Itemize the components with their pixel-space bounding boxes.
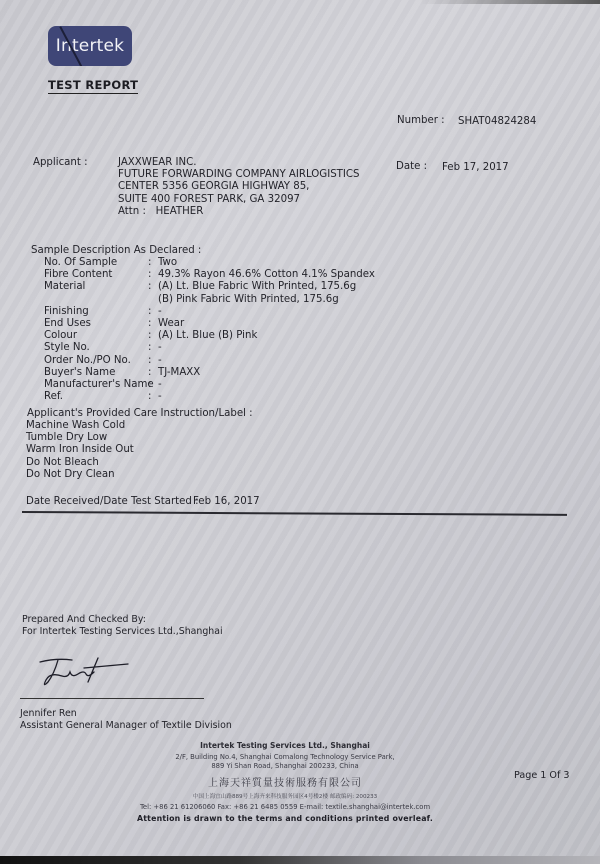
sample-field-value: TJ-MAXX [158,367,200,379]
sample-field-colon: : [148,269,151,281]
sample-field-label: Manufacturer's Name [44,379,154,391]
sample-field-row: End Uses:Wear [0,318,600,330]
applicant-line: SUITE 400 FOREST PARK, GA 32097 [118,194,359,206]
sample-field-row: Material:(A) Lt. Blue Fabric With Printe… [0,281,600,293]
sample-field-colon: : [148,355,151,367]
footer-address-1: 2/F, Building No.4, Shanghai Comalong Te… [120,753,450,761]
care-item: Tumble Dry Low [26,432,134,444]
date-received-value: Feb 16, 2017 [193,496,260,508]
sample-field-colon: : [148,342,151,354]
footer-contact: Tel: +86 21 61206060 Fax: +86 21 6485 05… [120,803,450,811]
sample-field-row: Colour:(A) Lt. Blue (B) Pink [0,330,600,342]
sample-field-label: Order No./PO No. [44,355,131,367]
number-label: Number : [397,115,445,127]
intertek-logo: Intertek [48,26,132,66]
signature-line [20,698,204,699]
care-item: Warm Iron Inside Out [26,444,134,456]
date-received-label: Date Received/Date Test Started : [26,496,199,508]
sample-field-colon: : [148,318,151,330]
sample-field-label: Buyer's Name [44,367,115,379]
sample-field-colon: : [148,379,151,391]
sample-field-row: Finishing:- [0,306,600,318]
sample-field-label: Style No. [44,342,90,354]
sample-field-row: Order No./PO No.:- [0,355,600,367]
sample-field-row: (B) Pink Fabric With Printed, 175.6g [0,294,600,306]
report-number: SHAT04824284 [458,116,536,128]
sample-field-colon: : [148,306,151,318]
sample-field-value: Wear [158,318,184,330]
sample-field-value: 49.3% Rayon 46.6% Cotton 4.1% Spandex [158,269,375,281]
care-list: Machine Wash Cold Tumble Dry Low Warm Ir… [26,420,134,481]
section-divider [22,511,567,516]
applicant-line: JAXXWEAR INC. [118,157,359,169]
care-item: Machine Wash Cold [26,420,134,432]
sample-field-label: Material [44,281,85,293]
sample-field-value: - [158,342,162,354]
sample-field-value: Two [158,257,177,269]
sample-field-row: Fibre Content:49.3% Rayon 46.6% Cotton 4… [0,269,600,281]
applicant-address: JAXXWEAR INC. FUTURE FORWARDING COMPANY … [118,157,359,218]
report-date: Feb 17, 2017 [442,162,509,174]
care-heading: Applicant's Provided Care Instruction/La… [27,408,253,420]
footer-chinese-address: 中国上海宜山路889号上海齐来科技服务园区4号楼2楼 邮政编码: 200233 [120,792,450,800]
signer-name: Jennifer Ren [20,708,77,720]
sample-field-row: Style No.:- [0,342,600,354]
sample-field-label: Finishing [44,306,89,318]
footer-chinese-name: 上海天祥質量技術服務有限公司 [120,774,450,789]
sample-field-label: Fibre Content [44,269,112,281]
sample-field-label: Colour [44,330,77,342]
sample-field-label: End Uses [44,318,91,330]
sample-field-colon: : [148,330,151,342]
footer-company: Intertek Testing Services Ltd., Shanghai [120,741,450,750]
sample-field-value: - [158,379,162,391]
sample-field-value: - [158,391,162,403]
applicant-label: Applicant : [33,157,88,169]
sample-field-value: - [158,306,162,318]
sample-field-value: - [158,355,162,367]
applicant-line: CENTER 5356 GEORGIA HIGHWAY 85, [118,181,359,193]
applicant-line: FUTURE FORWARDING COMPANY AIRLOGISTICS [118,169,359,181]
page-bottom-edge [0,856,600,864]
sample-field-label: Ref. [44,391,63,403]
sample-field-value: (A) Lt. Blue Fabric With Printed, 175.6g [158,281,356,293]
signature-mark [36,652,136,692]
sample-field-colon: : [148,257,151,269]
page-edge-shadow [420,0,600,4]
sample-field-value: (A) Lt. Blue (B) Pink [158,330,257,342]
sample-field-row: Buyer's Name:TJ-MAXX [0,367,600,379]
applicant-attn: Attn : HEATHER [118,206,359,218]
care-item: Do Not Dry Clean [26,469,134,481]
footer-attention: Attention is drawn to the terms and cond… [120,814,450,823]
footer-address-2: 889 Yi Shan Road, Shanghai 200233, China [120,762,450,770]
sample-field-row: No. Of Sample:Two [0,257,600,269]
report-title: TEST REPORT [48,78,138,94]
sample-field-colon: : [148,367,151,379]
sample-field-row: Manufacturer's Name:- [0,379,600,391]
sample-field-colon: : [148,391,151,403]
prepared-by-label: Prepared And Checked By: [22,614,146,626]
sample-fields: No. Of Sample:TwoFibre Content:49.3% Ray… [0,257,600,403]
sample-field-value: (B) Pink Fabric With Printed, 175.6g [158,294,339,306]
attn-value: HEATHER [156,206,204,217]
date-label: Date : [396,161,427,173]
signer-position: Assistant General Manager of Textile Div… [20,720,232,732]
sample-field-row: Ref.:- [0,391,600,403]
care-item: Do Not Bleach [26,457,134,469]
sample-field-label: No. Of Sample [44,257,117,269]
sample-heading: Sample Description As Declared : [31,245,201,257]
attn-label: Attn : [118,206,146,217]
sample-field-colon: : [148,281,151,293]
prepared-by-company: For Intertek Testing Services Ltd.,Shang… [22,626,223,638]
page-number: Page 1 Of 3 [514,770,570,782]
